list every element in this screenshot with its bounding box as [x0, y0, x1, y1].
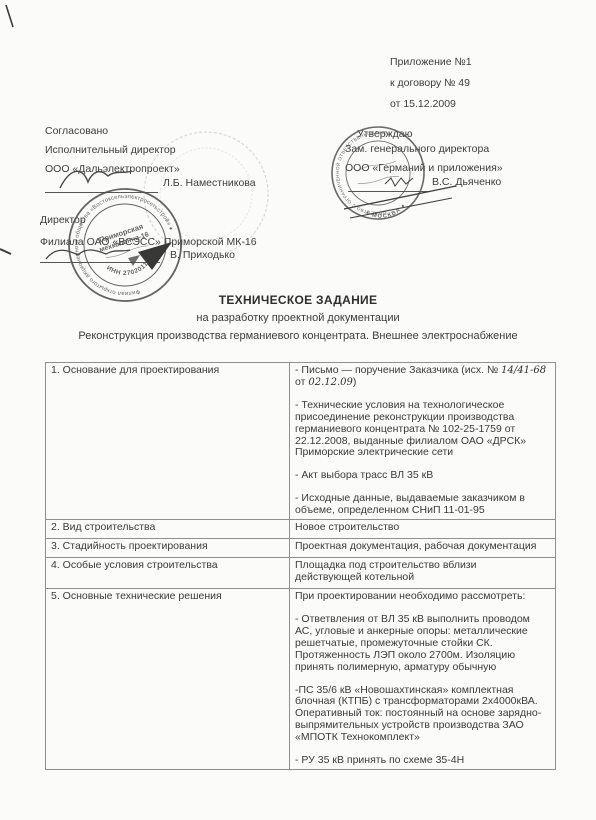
table-row: 1. Основание для проектирования - Письмо… [46, 363, 556, 520]
row5-paragraph-switchgear: - РУ 35 кВ принять по схеме 35-4Н [295, 755, 549, 767]
prikhodko-signature [46, 250, 130, 259]
row5-paragraph-branches: - Ответвления от ВЛ 35 кВ выполнить пров… [295, 614, 549, 674]
table-row: 4. Особые условия строительства Площадка… [46, 558, 556, 589]
dyachenko-signature-stroke-1 [344, 186, 456, 209]
row2-value: Новое строительство [295, 522, 549, 534]
row1-label: 1. Основание для проектирования [51, 365, 283, 513]
margin-pen-mark [0, 249, 11, 254]
row5-paragraph-substation: -ПС 35/6 кВ «Новошахтинская» комплектная… [295, 685, 549, 745]
row3-label: 3. Стадийность проектирования [51, 541, 283, 555]
letter-handwritten-number: 14/41-68 [501, 365, 546, 376]
dyachenko-signature-stroke-2 [350, 198, 452, 218]
letter-printed-end: ) [353, 376, 357, 388]
row1-paragraph-initial-data: - Исходные данные, выдаваемые заказчиком… [295, 493, 549, 517]
prikhodko-ink-blob [138, 242, 172, 270]
prikhodko-ink-blob-small [128, 255, 140, 266]
row4-label: 4. Особые условия строительства [51, 560, 283, 586]
table-row: 2. Вид строительства Новое строительство [46, 520, 556, 539]
document-subject: Реконструкция производства германиевого … [0, 330, 596, 342]
table-row: 3. Стадийность проектирования Проектная … [46, 539, 556, 558]
letter-handwritten-date: 02.12.09 [308, 377, 353, 388]
scanned-document-page: Приложение №1 к договору № 49 от 15.12.2… [0, 0, 596, 820]
namestnikova-signature [60, 171, 132, 188]
row4-value: Площадка под строительство вблизи действ… [295, 560, 510, 584]
row1-paragraph-tech-conditions: - Технические условия на технологическое… [295, 400, 549, 460]
letter-printed-start: - Письмо — поручение Заказчика (исх. № [295, 364, 498, 376]
corner-pen-mark [6, 5, 13, 27]
row3-value: Проектная документация, рабочая документ… [295, 541, 549, 553]
technical-assignment-table: 1. Основание для проектирования - Письмо… [45, 362, 556, 770]
letter-printed-mid: от [295, 376, 305, 388]
row1-paragraph-route-act: - Акт выбора трасс ВЛ 35 кВ [295, 470, 549, 482]
dyachenko-signature-zigzag [385, 178, 413, 186]
row5-paragraph-intro: При проектировании необходимо рассмотрет… [295, 591, 549, 603]
row2-label: 2. Вид строительства [51, 522, 283, 536]
document-title: ТЕХНИЧЕСКОЕ ЗАДАНИЕ [0, 293, 596, 307]
document-subtitle: на разработку проектной документации [0, 312, 596, 324]
table-row: 5. Основные технические решения При прое… [46, 589, 556, 770]
row5-label: 5. Основные технические решения [51, 591, 283, 751]
row1-letter-paragraph: - Письмо — поручение Заказчика (исх. № 1… [295, 365, 549, 389]
